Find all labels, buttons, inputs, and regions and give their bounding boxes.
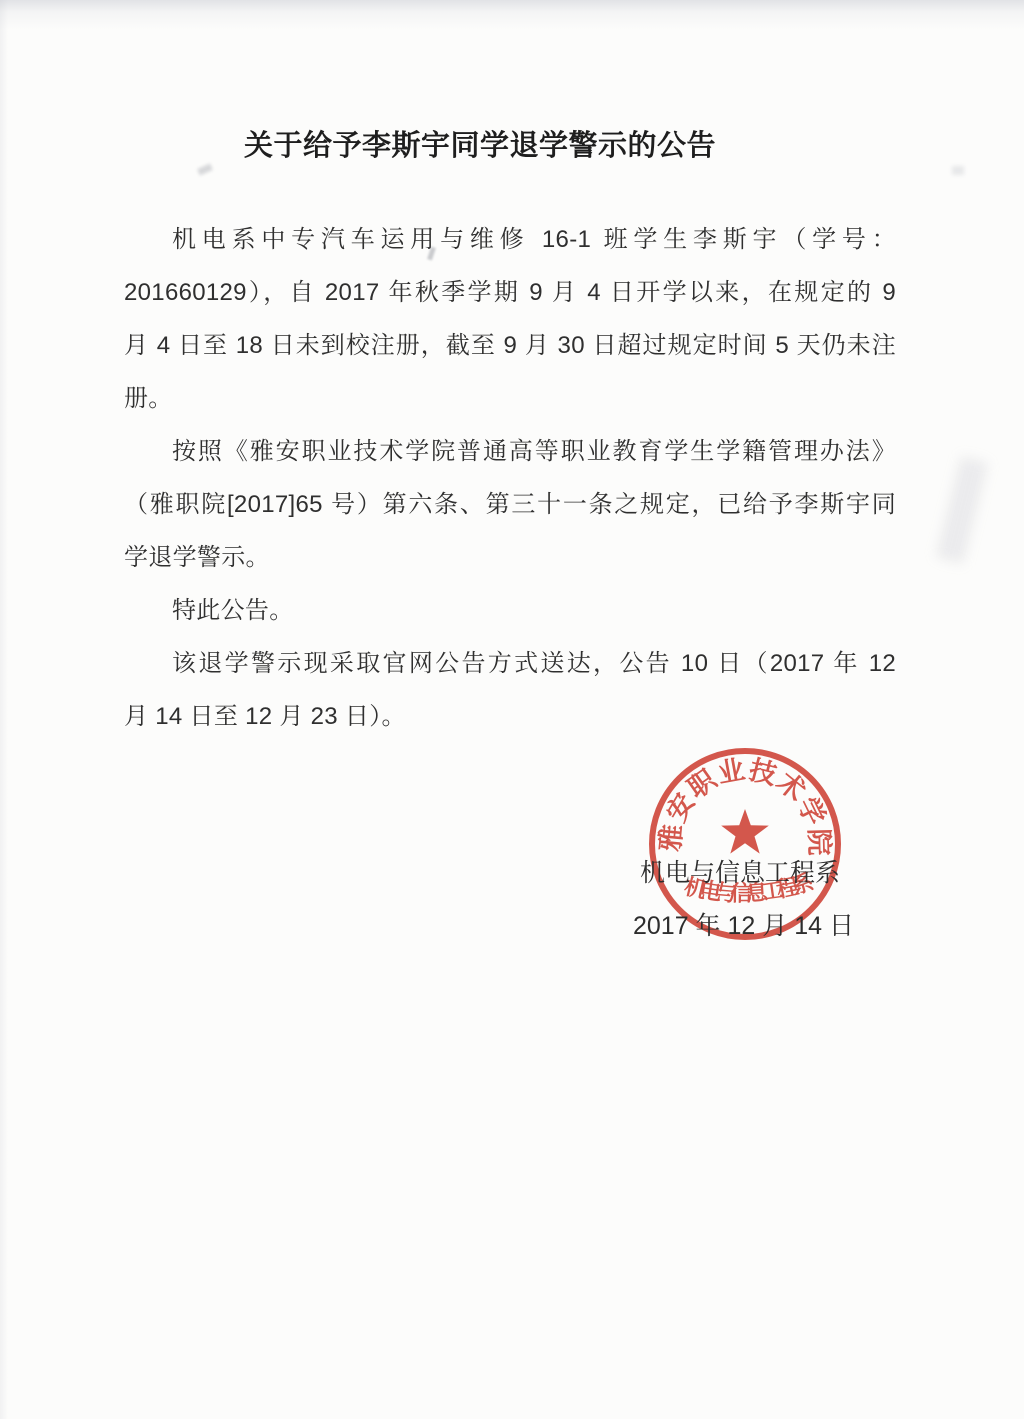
- scan-edge-shadow-left: [0, 0, 8, 1419]
- notice-body: 机电系中专汽车运用与维修 16-1 班学生李斯宇（学号： 201660129），…: [124, 224, 896, 754]
- star-icon: [721, 809, 769, 854]
- notice-title: 关于给予李斯宇同学退学警示的公告: [0, 123, 960, 164]
- body-line-3: 月 4 日至 18 日未到校注册，截至 9 月 30 日超过规定时间 5 天仍未…: [124, 330, 896, 383]
- body-line-5: 按照《雅安职业技术学院普通高等职业教育学生学籍管理办法》: [124, 436, 896, 489]
- scan-smudge: [936, 456, 988, 564]
- body-line-9: 该退学警示现采取官网公告方式送达，公告 10 日（2017 年 12: [124, 648, 896, 701]
- body-line-2: 201660129），自 2017 年秋季学期 9 月 4 日开学以来，在规定的…: [124, 277, 896, 330]
- signature-department: 机电与信息工程系: [640, 853, 840, 889]
- body-line-8: 特此公告。: [124, 595, 896, 648]
- body-line-6: （雅职院[2017]65 号）第六条、第三十一条之规定，已给予李斯宇同: [124, 489, 896, 542]
- signature-date: 2017 年 12 月 14 日: [633, 906, 854, 942]
- scan-speck: [952, 166, 964, 175]
- scanned-notice-page: 关于给予李斯宇同学退学警示的公告 机电系中专汽车运用与维修 16-1 班学生李斯…: [0, 0, 1024, 1419]
- body-line-1: 机电系中专汽车运用与维修 16-1 班学生李斯宇（学号：: [124, 224, 896, 277]
- scan-edge-shadow-top: [0, 0, 1024, 30]
- body-line-7: 学退学警示。: [124, 542, 896, 595]
- scan-speck: [197, 163, 213, 175]
- body-line-4: 册。: [124, 383, 896, 436]
